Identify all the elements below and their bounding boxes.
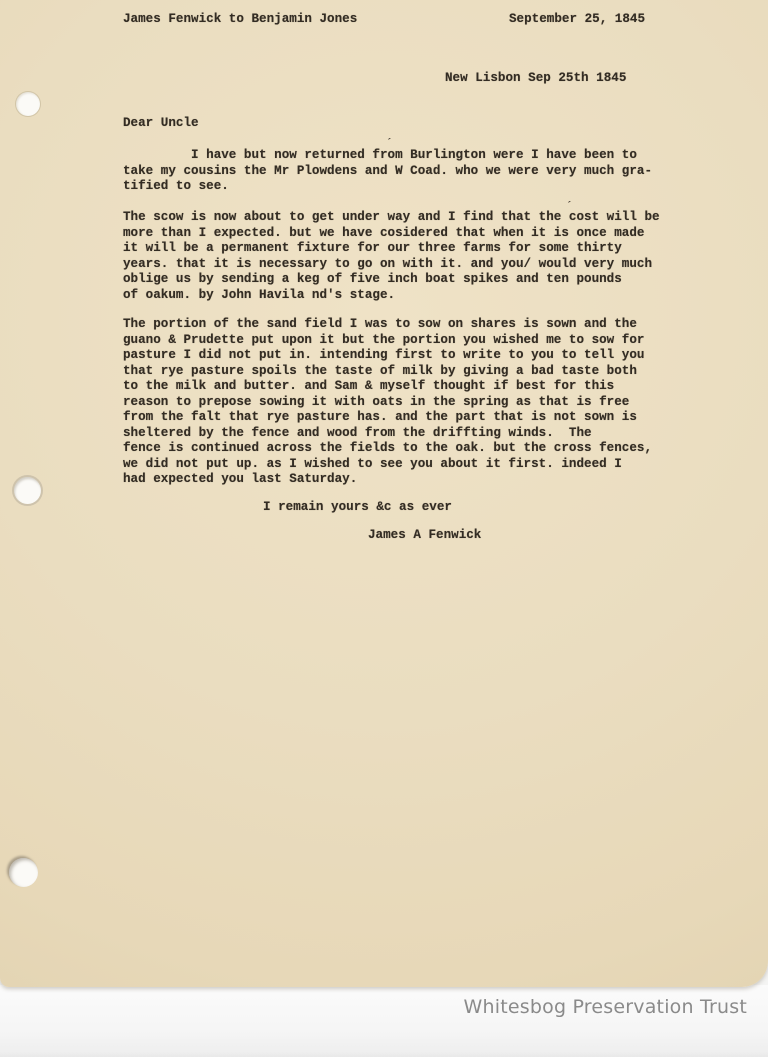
paragraph-2: The scow is now about to get under way a… [123,210,660,303]
letter-line: that rye pasture spoils the taste of mil… [123,364,652,380]
punch-hole-middle [14,477,41,504]
letter-line: take my cousins the Mr Plowdens and W Co… [123,164,652,180]
letter-line: it will be a permanent fixture for our t… [123,241,660,257]
stray-ink-mark: ´ [566,201,573,213]
letter-line: The portion of the sand field I was to s… [123,317,652,333]
header-date: September 25, 1845 [509,12,645,28]
letter-line: I have but now returned from Burlington … [123,148,652,164]
stray-ink-mark: ´ [386,138,393,150]
watermark-text: Whitesbog Preservation Trust [464,996,747,1018]
punch-hole-bottom [9,858,38,887]
letter-line: oblige us by sending a keg of five inch … [123,272,660,288]
letter-line: tified to see. [123,179,652,195]
letter-line: fence is continued across the fields to … [123,441,652,457]
letter-line: had expected you last Saturday. [123,472,652,488]
signature: James A Fenwick [368,528,481,544]
letter-line: to the milk and butter. and Sam & myself… [123,379,652,395]
closing-line: I remain yours &c as ever [263,500,452,516]
letter-line: guano & Prudette put upon it but the por… [123,333,652,349]
letter-page: James Fenwick to Benjamin Jones Septembe… [0,0,768,987]
dateline: New Lisbon Sep 25th 1845 [445,71,626,87]
salutation: Dear Uncle [123,116,199,132]
letter-line: reason to prepose sowing it with oats in… [123,395,652,411]
letter-line: sheltered by the fence and wood from the… [123,426,652,442]
punch-hole-top [16,92,40,116]
letter-line: The scow is now about to get under way a… [123,210,660,226]
letter-line: from the falt that rye pasture has. and … [123,410,652,426]
letter-line: pasture I did not put in. intending firs… [123,348,652,364]
letter-line: we did not put up. as I wished to see yo… [123,457,652,473]
paragraph-1: I have but now returned from Burlington … [123,148,652,195]
paragraph-3: The portion of the sand field I was to s… [123,317,652,488]
letter-line: of oakum. by John Havila nd's stage. [123,288,660,304]
letter-line: more than I expected. but we have coside… [123,226,660,242]
header-author-line: James Fenwick to Benjamin Jones [123,12,357,28]
letter-line: years. that it is necessary to go on wit… [123,257,660,273]
